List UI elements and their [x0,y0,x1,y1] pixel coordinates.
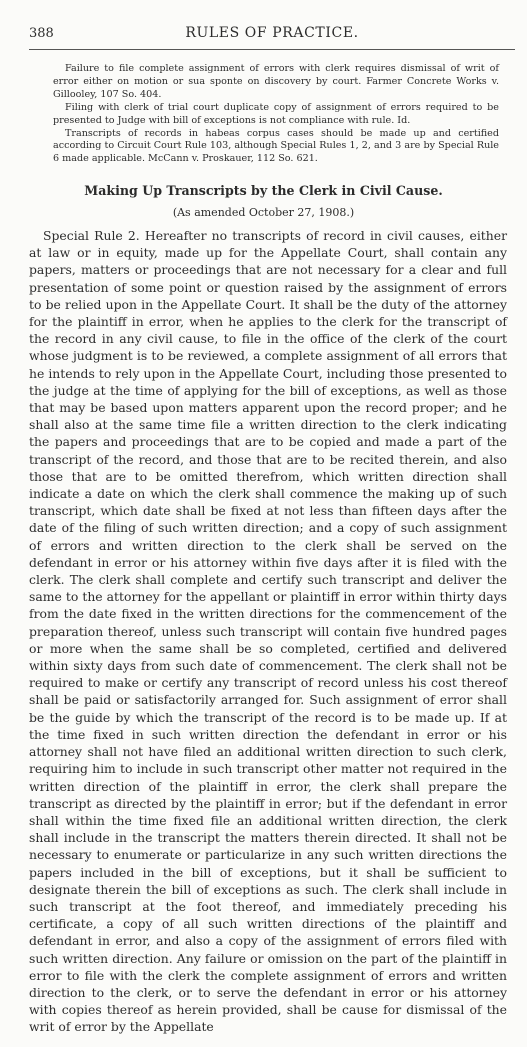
section-title: Making Up Transcripts by the Clerk in Ci… [0,183,527,198]
note-paragraph: Filing with clerk of trial court duplica… [53,102,499,128]
annotation-notes: Failure to file complete assignment of e… [53,63,499,166]
header-rule [29,49,515,50]
note-paragraph: Failure to file complete assignment of e… [53,63,499,102]
running-head: RULES OF PRACTICE. [29,25,515,41]
page-header: 388 RULES OF PRACTICE. [29,22,515,48]
note-paragraph: Transcripts of records in habeas corpus … [53,128,499,167]
amended-date: (As amended October 27, 1908.) [0,206,527,219]
body-paragraph: Special Rule 2. Hereafter no transcripts… [29,227,507,1036]
rule-body: Special Rule 2. Hereafter no transcripts… [29,227,507,1036]
